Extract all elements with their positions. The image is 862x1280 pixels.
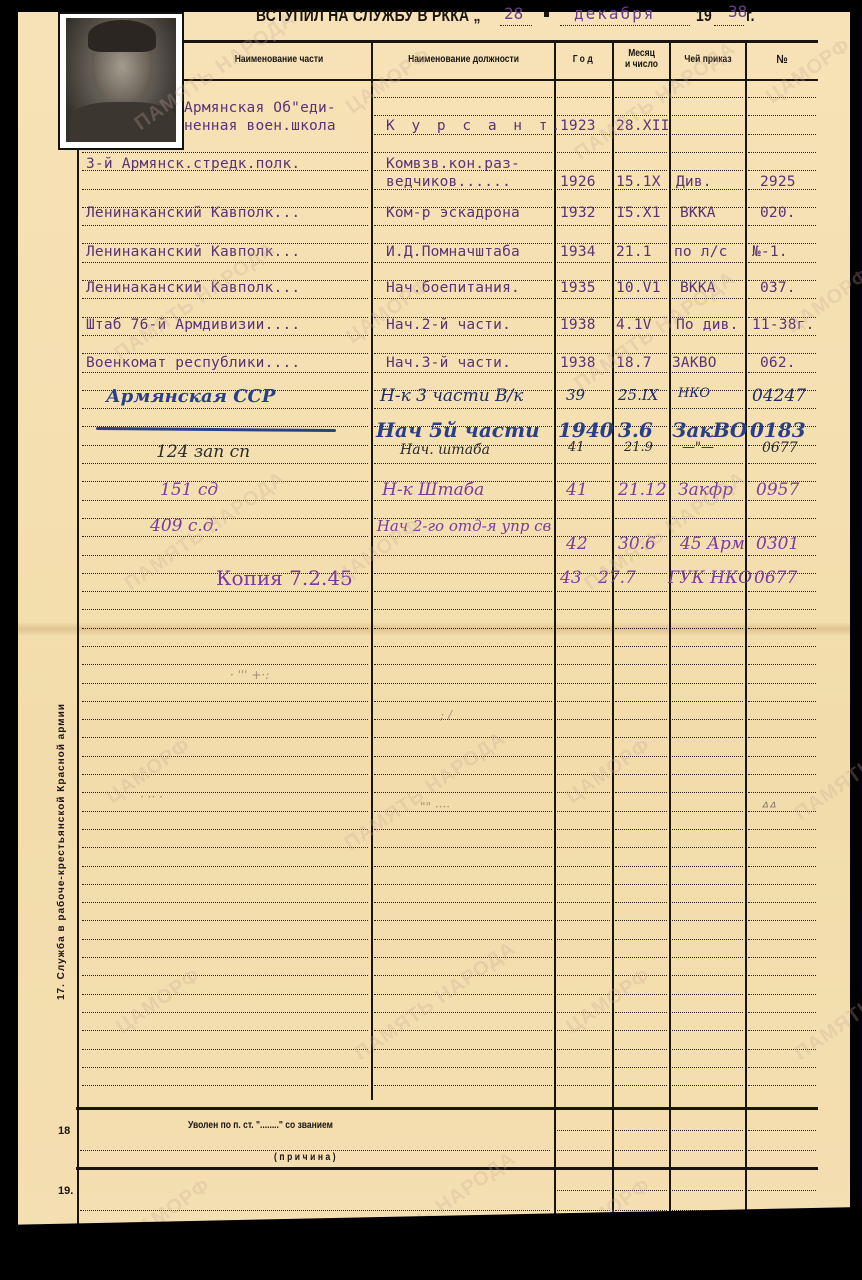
ruled-line: [374, 225, 552, 226]
ruled-line: [374, 646, 552, 647]
ruled-line: [374, 792, 552, 793]
ruled-line: [615, 664, 667, 665]
ruled-line: [557, 866, 610, 867]
row19-number: 19.: [58, 1185, 73, 1197]
ruled-line: [615, 1030, 667, 1031]
hand-year-4: 41: [566, 480, 588, 500]
typed-number-4: №-1.: [752, 244, 788, 260]
ruled-line: [672, 1067, 743, 1068]
ruled-line: [672, 1085, 743, 1086]
typed-unit-1a: Армянская Об"еди-: [184, 100, 336, 116]
ruled-line: [672, 97, 743, 98]
ruled-line: [748, 939, 816, 940]
typed-unit-2: 3-й Армянск.стредк.полк.: [86, 156, 300, 172]
hand-unit-5: 409 с.д.: [150, 516, 219, 536]
col-divider-2: [554, 40, 556, 1233]
ruled-line: [557, 683, 610, 684]
ruled-line: [557, 1030, 610, 1031]
ruled-line: [557, 152, 610, 153]
ruled-line: [748, 1085, 816, 1086]
ruled-line: [748, 225, 816, 226]
ruled-line: [557, 884, 610, 885]
ruled-line: [374, 555, 552, 556]
ruled-line: [672, 170, 743, 171]
ruled-line: [748, 628, 816, 629]
ruled-line: [374, 774, 552, 775]
ruled-line: [374, 408, 552, 409]
hand-order-5: 45 Арм: [680, 534, 745, 554]
typed-year-2: 1926: [560, 174, 596, 190]
faint-mark-4: "" ····: [420, 800, 450, 814]
typed-order-5: ВККА: [680, 280, 716, 296]
ruled-line: [672, 1012, 743, 1013]
hand-number-1: 04247: [752, 386, 806, 406]
ruled-line: [82, 811, 368, 812]
ruled-line: [557, 756, 610, 757]
ruled-line: [748, 646, 816, 647]
typed-position-2a: Комвзв.кон.раз-: [386, 156, 520, 172]
ruled-line: [374, 719, 552, 720]
ruled-line: [615, 628, 667, 629]
ruled-line: [82, 994, 368, 995]
ruled-line: [82, 481, 368, 482]
ruled-line: [557, 792, 610, 793]
ruled-line: [672, 555, 743, 556]
ruled-line: [557, 1067, 610, 1068]
ruled-line: [557, 1049, 610, 1050]
ruled-line: [748, 97, 816, 98]
ruled-line: [615, 134, 667, 135]
col-header-number: №: [751, 54, 812, 65]
hand-position-5: Нач 2-го отд-я упр св: [376, 516, 552, 536]
ruled-line: [557, 939, 610, 940]
ruled-line: [748, 372, 816, 373]
ruled-line: [672, 957, 743, 958]
ruled-line: [615, 555, 667, 556]
ruled-line: [82, 372, 368, 373]
typed-order-4: по л/с: [674, 244, 728, 260]
ruled-line: [615, 975, 667, 976]
ruled-line: [672, 774, 743, 775]
hand-year-1: 39: [566, 386, 585, 404]
ruled-line: [615, 463, 667, 464]
ruled-line: [672, 701, 743, 702]
row18-number: 18: [58, 1125, 70, 1137]
day-underline: [500, 25, 532, 26]
typed-unit-4: Ленинаканский Кавполк...: [86, 244, 300, 260]
ruled-line: [672, 408, 743, 409]
ruled-line: [615, 756, 667, 757]
typed-date-2: 15.1X: [616, 174, 661, 190]
ruled-line: [748, 902, 816, 903]
ruled-line: [672, 719, 743, 720]
ruled-line: [615, 152, 667, 153]
typed-date-1: 28.XII: [616, 118, 670, 134]
typed-position-7: Нач.3-й части.: [386, 355, 511, 371]
ruled-line: [374, 756, 552, 757]
ruled-line: [374, 134, 552, 135]
hand-date-3: 21.9: [624, 440, 653, 455]
ruled-line: [615, 518, 667, 519]
ruled-line: [82, 884, 368, 885]
ruled-line: [374, 152, 552, 153]
hand-unit-6: Копия 7.2.45: [216, 566, 353, 590]
ruled-line: [557, 847, 610, 848]
ruled-line: [82, 1049, 368, 1050]
ruled-line: [557, 609, 610, 610]
ruled-line: [374, 664, 552, 665]
ruled-line: [557, 335, 610, 336]
ruled-line: [557, 518, 610, 519]
ruled-line: [82, 353, 368, 354]
hand-unit-4: 151 сд: [160, 480, 218, 500]
ruled-line: [82, 555, 368, 556]
ruled-line: [748, 115, 816, 116]
ruled-line: [748, 664, 816, 665]
ruled-line: [748, 737, 816, 738]
ruled-line: [748, 701, 816, 702]
ruled-line: [615, 774, 667, 775]
ruled-line: [374, 353, 552, 354]
ruled-line: [748, 1150, 816, 1151]
typed-date-3: 15.X1: [616, 205, 661, 221]
ruled-line: [615, 957, 667, 958]
ruled-line: [374, 1067, 552, 1068]
hand-unit-1: Армянская ССР: [106, 386, 275, 407]
ruled-line: [557, 994, 610, 995]
typed-number-6: 11-38г.: [752, 317, 815, 333]
ruled-line: [672, 646, 743, 647]
ruled-line: [748, 408, 816, 409]
ruled-line: [82, 646, 368, 647]
ruled-line: [557, 262, 610, 263]
ruled-line: [672, 792, 743, 793]
typed-position-3: Ком-р эскадрона: [386, 205, 520, 221]
ruled-line: [748, 1190, 816, 1191]
ruled-line: [748, 719, 816, 720]
ruled-line: [374, 1012, 552, 1013]
ruled-line: [374, 884, 552, 885]
hand-date-2: 3.6: [618, 418, 653, 442]
faint-mark-5: ᐞᐞ: [760, 800, 775, 816]
hand-position-3: Нач. штаба: [400, 442, 490, 458]
ruled-line: [82, 975, 368, 976]
typed-year-3: 1932: [560, 205, 596, 221]
ruled-line: [557, 1190, 610, 1191]
ruled-line: [615, 719, 667, 720]
hand-order-6: ГУК НКО: [668, 568, 752, 588]
ruled-line: [748, 500, 816, 501]
ruled-line: [615, 939, 667, 940]
ruled-line: [748, 920, 816, 921]
row18-dotline: [80, 1150, 550, 1151]
ruled-line: [672, 811, 743, 812]
ruled-line: [615, 884, 667, 885]
ruled-line: [615, 1150, 667, 1151]
ruled-line: [615, 97, 667, 98]
ruled-line: [748, 847, 816, 848]
ruled-line: [615, 609, 667, 610]
ruled-line: [615, 847, 667, 848]
hand-order-2: ЗакВО: [672, 418, 747, 442]
ruled-line: [748, 518, 816, 519]
hand-number-5: 0301: [756, 534, 799, 554]
ruled-line: [82, 609, 368, 610]
ruled-line: [374, 573, 552, 574]
typed-number-7: 062.: [760, 355, 796, 371]
ruled-line: [374, 701, 552, 702]
ruled-line: [672, 591, 743, 592]
ruled-line: [748, 335, 816, 336]
header-top-rule: [184, 40, 818, 43]
ruled-line: [748, 975, 816, 976]
row18-top-rule: [76, 1107, 818, 1110]
ruled-line: [374, 1030, 552, 1031]
row18-text: Уволен по п. ст. "........" со званием: [188, 1120, 333, 1131]
ruled-line: [374, 939, 552, 940]
ruled-line: [557, 701, 610, 702]
ruled-line: [374, 591, 552, 592]
hand-unit-3: 124 зап сп: [156, 442, 250, 462]
ruled-line: [672, 152, 743, 153]
ruled-line: [557, 1150, 610, 1151]
ruled-line: [672, 500, 743, 501]
hand-year-3: 41: [568, 440, 585, 455]
ruled-line: [374, 1085, 552, 1086]
hand-date-5: 30.6: [618, 534, 656, 554]
ruled-line: [82, 902, 368, 903]
ruled-line: [748, 884, 816, 885]
section-label: 17. Служба в рабоче-крестьянской Красной…: [56, 420, 67, 1000]
ruled-line: [557, 591, 610, 592]
ruled-line: [672, 262, 743, 263]
ruled-line: [557, 97, 610, 98]
typed-order-2: Див.: [676, 174, 712, 190]
ruled-line: [672, 902, 743, 903]
hand-order-4: Закфр: [678, 480, 733, 500]
faint-mark-3: · ·· ·: [140, 790, 163, 804]
ruled-line: [748, 463, 816, 464]
ruled-line: [82, 683, 368, 684]
typed-unit-3: Ленинаканский Кавполк...: [86, 205, 300, 221]
typed-position-2b: ведчиков......: [386, 174, 511, 190]
photo-hair: [88, 20, 156, 52]
ruled-line: [672, 683, 743, 684]
ruled-line: [82, 1085, 368, 1086]
ruled-line: [672, 1030, 743, 1031]
ruled-line: [672, 353, 743, 354]
ruled-line: [615, 170, 667, 171]
ruled-line: [672, 628, 743, 629]
ruled-line: [672, 518, 743, 519]
ruled-line: [82, 939, 368, 940]
ruled-line: [615, 408, 667, 409]
ruled-line: [82, 737, 368, 738]
ruled-line: [748, 298, 816, 299]
ruled-line: [557, 737, 610, 738]
ruled-line: [615, 683, 667, 684]
ruled-line: [615, 1012, 667, 1013]
hand-number-2: 0183: [750, 418, 806, 442]
ruled-line: [672, 866, 743, 867]
ruled-line: [557, 1210, 610, 1211]
year-unit: г.: [746, 6, 755, 26]
ruled-line: [672, 372, 743, 373]
hand-position-2: Нач 5й части: [376, 418, 540, 442]
ruled-line: [748, 353, 816, 354]
ruled-line: [615, 1049, 667, 1050]
ruled-line: [374, 97, 552, 98]
typed-position-5: Нач.боепитания.: [386, 280, 520, 296]
ruled-line: [374, 866, 552, 867]
hand-date-6: 27.7: [598, 568, 636, 588]
ruled-line: [557, 920, 610, 921]
ruled-line: [615, 262, 667, 263]
hand-position-1: Н-к 3 части В/к: [380, 386, 523, 406]
ruled-line: [82, 463, 368, 464]
typed-position-6: Нач.2-й части.: [386, 317, 511, 333]
ruled-line: [615, 591, 667, 592]
typed-unit-5: Ленинаканский Кавполк...: [86, 280, 300, 296]
ruled-line: [557, 902, 610, 903]
typed-date-6: 4.1V: [616, 317, 652, 333]
ruled-line: [82, 298, 368, 299]
ruled-line: [374, 1049, 552, 1050]
hand-date-4: 21.12: [618, 480, 667, 500]
ruled-line: [374, 500, 552, 501]
ruled-line: [748, 609, 816, 610]
ruled-line: [82, 408, 368, 409]
ruled-line: [615, 920, 667, 921]
ruled-line: [748, 994, 816, 995]
faint-mark-2: ; /: [440, 708, 452, 722]
ruled-line: [672, 1150, 743, 1151]
ruled-line: [748, 811, 816, 812]
ruled-line: [374, 262, 552, 263]
typed-year-1: 1923: [560, 118, 596, 134]
ruled-line: [82, 1067, 368, 1068]
hand-date-1: 25.IX: [618, 386, 658, 404]
col-divider-3: [612, 40, 614, 1233]
ruled-line: [374, 737, 552, 738]
ruled-line: [672, 975, 743, 976]
ruled-line: [557, 225, 610, 226]
ruled-line: [82, 866, 368, 867]
ruled-line: [374, 536, 552, 537]
ruled-line: [374, 683, 552, 684]
typed-unit-1b: ненная воен.школа: [184, 118, 336, 134]
page-fold: [18, 622, 850, 636]
ruled-line: [374, 920, 552, 921]
ruled-line: [557, 555, 610, 556]
ruled-line: [672, 335, 743, 336]
hand-number-4: 0957: [756, 480, 799, 500]
ruled-line: [82, 628, 368, 629]
ruled-line: [672, 298, 743, 299]
ruled-line: [82, 189, 368, 190]
ruled-line: [615, 1067, 667, 1068]
typed-order-7: ЗАКВО: [672, 355, 717, 371]
col-divider-4: [669, 40, 671, 1233]
typed-number-3: 020.: [760, 205, 796, 221]
ruled-line: [374, 811, 552, 812]
col-header-year: Год: [559, 54, 608, 65]
ruled-line: [374, 957, 552, 958]
ruled-line: [615, 994, 667, 995]
header-bottom-rule: [184, 79, 818, 81]
col-header-position: Наименование должности: [386, 54, 542, 65]
ruled-line: [82, 536, 368, 537]
ruled-line: [748, 134, 816, 135]
col-divider-1: [371, 40, 373, 1100]
ruled-line: [374, 975, 552, 976]
ruled-line: [748, 170, 816, 171]
ruled-line: [374, 609, 552, 610]
hand-number-6: 0677: [754, 568, 797, 588]
enlist-month: декабря: [574, 4, 655, 23]
ruled-line: [557, 134, 610, 135]
ruled-line: [672, 756, 743, 757]
ruled-line: [557, 115, 610, 116]
ruled-line: [748, 1130, 816, 1131]
ruled-line: [748, 683, 816, 684]
ruled-line: [672, 134, 743, 135]
col-header-order: Чей приказ: [676, 54, 741, 65]
ruled-line: [374, 372, 552, 373]
year-underline: [714, 25, 744, 26]
ruled-line: [672, 939, 743, 940]
ruled-line: [672, 994, 743, 995]
ruled-line: [82, 152, 368, 153]
typed-order-6: По див.: [676, 317, 739, 333]
ruled-line: [748, 591, 816, 592]
ruled-line: [82, 774, 368, 775]
row18-caption: (причина): [274, 1152, 338, 1163]
ruled-line: [557, 811, 610, 812]
ruled-line: [615, 811, 667, 812]
photo-uniform: [70, 102, 176, 142]
separator-dot: [544, 12, 549, 17]
typed-position-4: И.Д.Помначштаба: [386, 244, 520, 260]
ruled-line: [557, 957, 610, 958]
ruled-line: [557, 829, 610, 830]
ruled-line: [374, 847, 552, 848]
hand-order-3: —"—: [682, 440, 714, 455]
ruled-line: [82, 756, 368, 757]
typed-year-7: 1938: [560, 355, 596, 371]
ruled-line: [82, 262, 368, 263]
ruled-line: [672, 609, 743, 610]
ruled-line: [82, 957, 368, 958]
ruled-line: [557, 1085, 610, 1086]
ruled-line: [374, 994, 552, 995]
ruled-line: [557, 719, 610, 720]
ruled-line: [748, 555, 816, 556]
ruled-line: [374, 335, 552, 336]
ruled-line: [615, 353, 667, 354]
ruled-line: [557, 1012, 610, 1013]
col-header-date-line1: Месяц: [617, 48, 665, 59]
col-header-date: Месяц и число: [617, 48, 665, 70]
ruled-line: [672, 847, 743, 848]
ruled-line: [672, 664, 743, 665]
typed-unit-6: Штаб 76-й Армдивизии....: [86, 317, 300, 333]
ruled-line: [672, 829, 743, 830]
ruled-line: [557, 408, 610, 409]
hand-year-5: 42: [566, 534, 588, 554]
ruled-line: [615, 701, 667, 702]
ruled-line: [615, 902, 667, 903]
